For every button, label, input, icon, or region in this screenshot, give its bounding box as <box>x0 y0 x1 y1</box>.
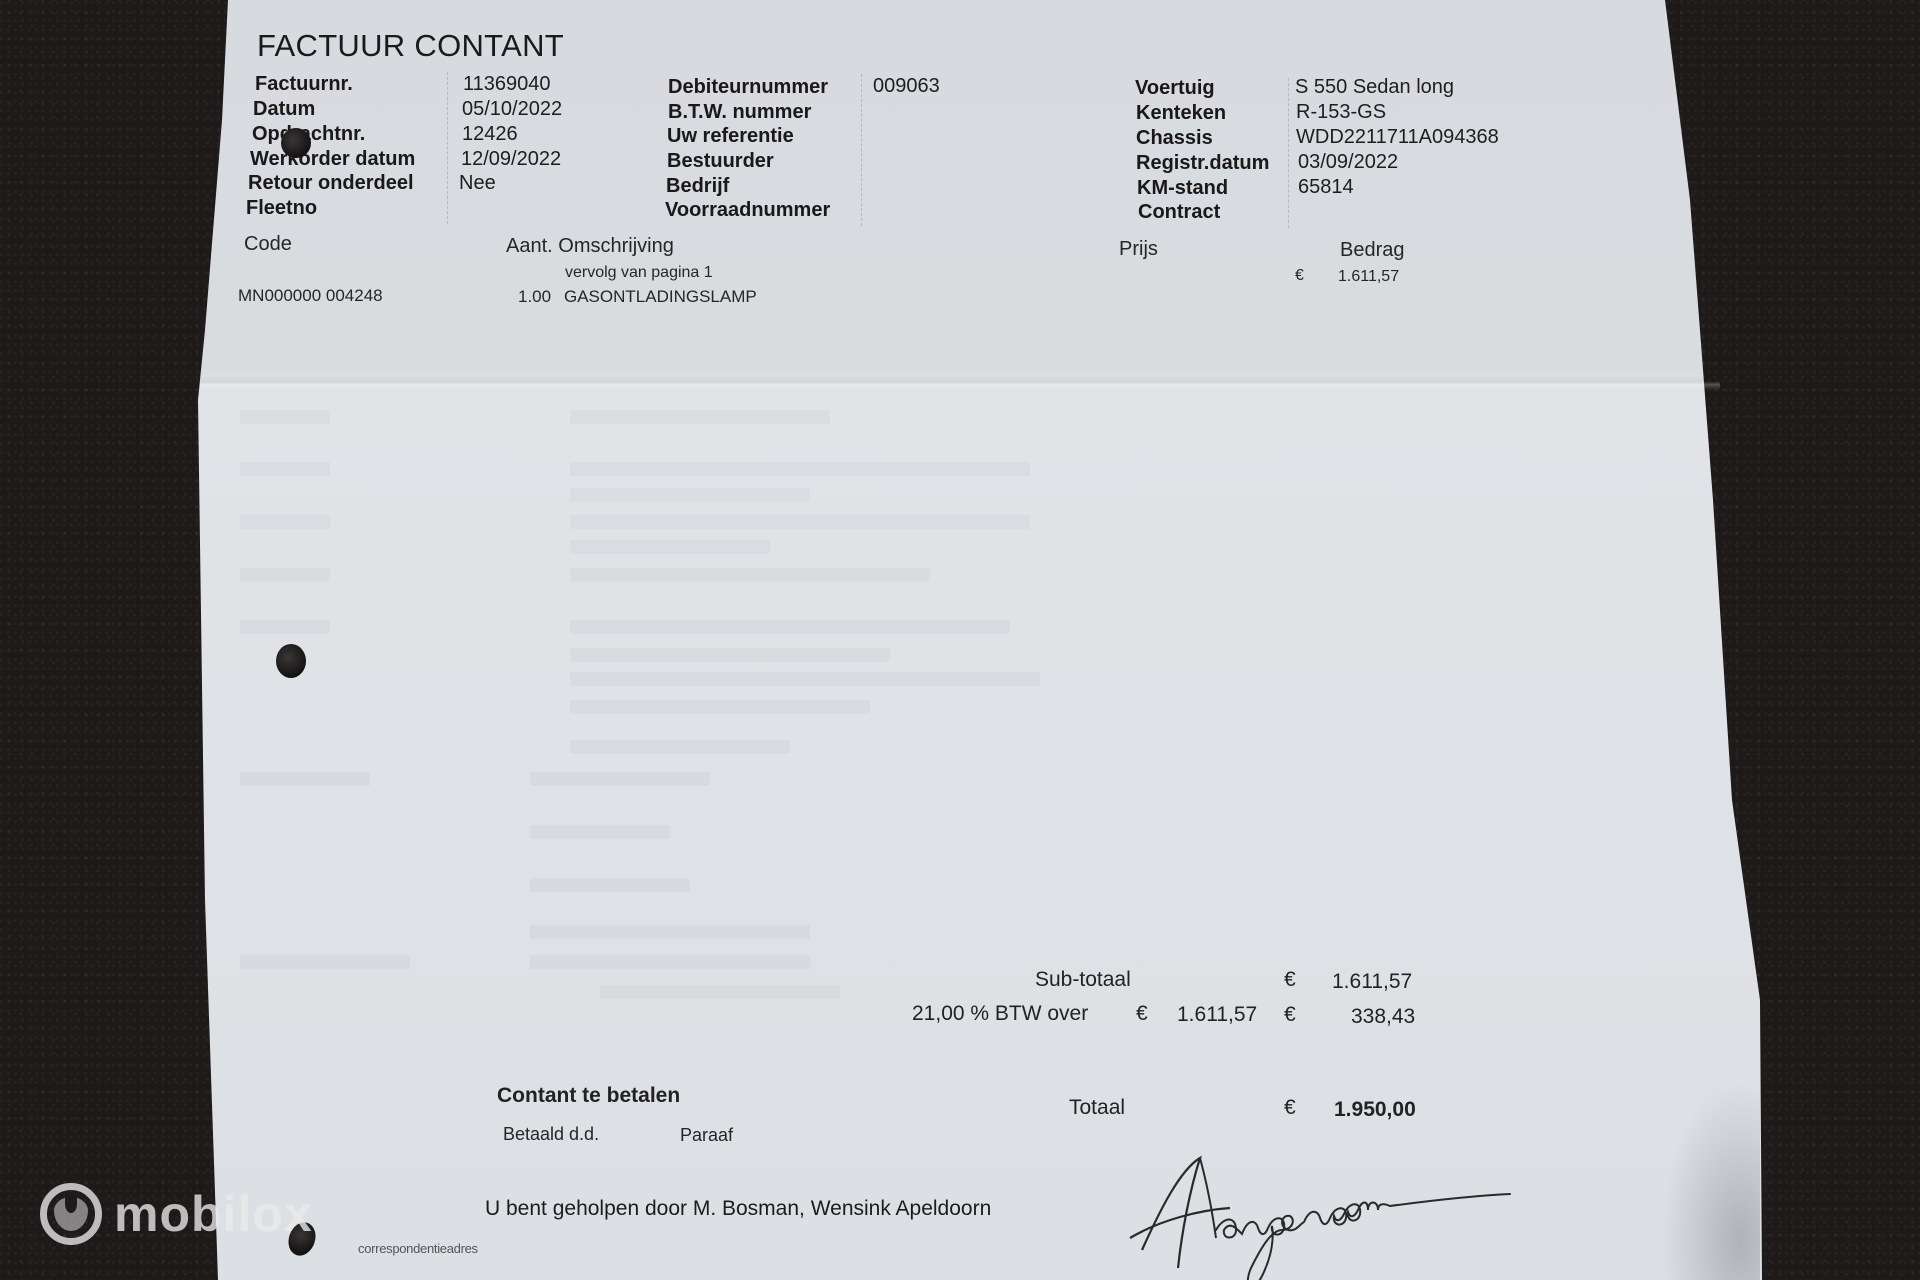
vehicle-value: S 550 Sedan long <box>1295 76 1454 99</box>
paid-on-label: Betaald d.d. <box>503 1124 599 1145</box>
total-currency: € <box>1284 1096 1296 1120</box>
contract-label: Contract <box>1138 201 1220 224</box>
column-header-amount: Bedrag <box>1340 239 1405 262</box>
stock-number-label: Voorraadnummer <box>665 199 830 222</box>
column-separator <box>861 74 862 226</box>
debtor-number-value: 009063 <box>873 75 940 98</box>
license-plate-label: Kenteken <box>1136 102 1226 125</box>
license-plate-value: R-153-GS <box>1296 101 1386 124</box>
punch-hole <box>281 128 311 158</box>
continuation-text: vervolg van pagina 1 <box>565 264 713 282</box>
workorder-date-label: Werkorder datum <box>250 148 415 171</box>
invoice-title: FACTUUR CONTANT <box>257 28 564 64</box>
punch-hole <box>276 644 306 678</box>
vat-base-currency: € <box>1136 1002 1148 1026</box>
registration-date-label: Registr.datum <box>1136 152 1269 175</box>
date-label: Datum <box>253 98 315 121</box>
vat-base-value: 1.611,57 <box>1177 1003 1257 1027</box>
invoice-number-value: 11369040 <box>463 73 551 96</box>
subtotal-value: 1.611,57 <box>1332 970 1412 994</box>
driver-label: Bestuurder <box>667 150 774 173</box>
invoice-number-label: Factuurnr. <box>255 73 353 96</box>
date-value: 05/10/2022 <box>462 98 562 121</box>
paper-fold-line <box>200 376 1720 390</box>
total-label: Totaal <box>1069 1096 1125 1120</box>
company-label: Bedrijf <box>666 175 729 198</box>
helped-by-text: U bent geholpen door M. Bosman, Wensink … <box>485 1197 991 1221</box>
column-header-price: Prijs <box>1119 238 1158 261</box>
return-part-label: Retour onderdeel <box>248 172 414 195</box>
order-number-value: 12426 <box>462 123 518 146</box>
debtor-number-label: Debiteurnummer <box>668 76 828 99</box>
vat-value: 338,43 <box>1351 1005 1415 1029</box>
registration-date-value: 03/09/2022 <box>1298 151 1398 174</box>
continuation-currency: € <box>1295 267 1304 285</box>
vat-label: 21,00 % BTW over <box>912 1002 1088 1026</box>
continuation-amount: 1.611,57 <box>1338 268 1399 286</box>
total-value: 1.950,00 <box>1334 1098 1416 1122</box>
workorder-date-value: 12/09/2022 <box>461 148 561 171</box>
correspondence-address-label: correspondentieadres <box>358 1241 478 1256</box>
signature: Aangenaam <box>1120 1150 1540 1280</box>
fleetno-label: Fleetno <box>246 197 317 220</box>
mileage-value: 65814 <box>1298 176 1354 199</box>
chassis-label: Chassis <box>1136 127 1213 150</box>
line-item-qty: 1.00 <box>518 287 551 307</box>
cash-payment-heading: Contant te betalen <box>497 1084 680 1108</box>
initials-label: Paraaf <box>680 1125 733 1146</box>
line-item-description: GASONTLADINGSLAMP <box>564 287 757 307</box>
chassis-value: WDD2211711A094368 <box>1296 126 1499 149</box>
mobilox-watermark: mobilox <box>40 1183 313 1245</box>
subtotal-currency: € <box>1284 968 1296 992</box>
your-reference-label: Uw referentie <box>667 125 794 148</box>
column-separator <box>447 72 448 224</box>
watermark-brand: mobilox <box>114 1185 313 1243</box>
mobilox-logo-icon <box>40 1183 102 1245</box>
vehicle-label: Voertuig <box>1135 77 1215 100</box>
subtotal-label: Sub-totaal <box>1035 968 1131 992</box>
line-item-code: MN000000 004248 <box>238 286 383 306</box>
return-part-value: Nee <box>459 172 496 195</box>
mileage-label: KM-stand <box>1137 177 1228 200</box>
vat-currency: € <box>1284 1003 1296 1027</box>
column-header-qty-desc: Aant. Omschrijving <box>506 235 674 258</box>
paper-shadow <box>1660 1080 1760 1280</box>
vat-number-label: B.T.W. nummer <box>668 101 811 124</box>
column-header-code: Code <box>244 233 292 256</box>
column-separator <box>1288 78 1289 228</box>
